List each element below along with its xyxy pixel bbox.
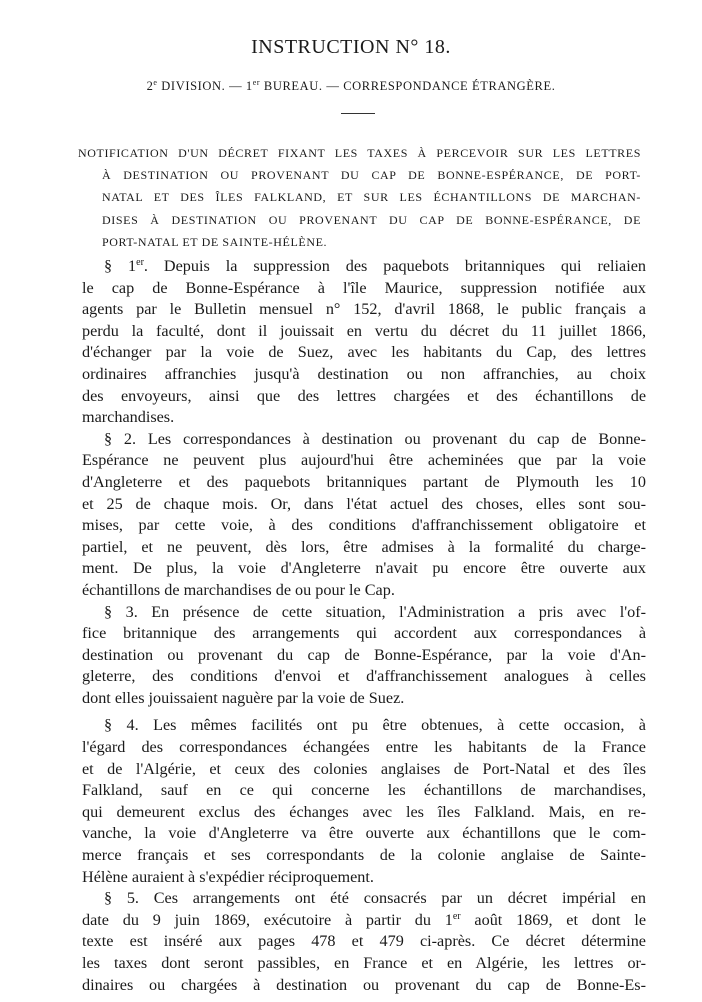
paragraph-5-line: dinaires ou chargées à destination ou pr…	[82, 975, 646, 997]
division-subtitle: 2e DIVISION. — 1er BUREAU. — CORRESPONDA…	[0, 78, 702, 94]
summary-line: DISES À DESTINATION OU PROVENANT DU CAP …	[102, 209, 641, 231]
paragraph-4-line: vanche, la voie d'Angleterre va être ouv…	[82, 823, 646, 845]
paragraph-4-line: et de l'Algérie, et ceux des colonies an…	[82, 759, 646, 781]
subtitle-correspondence-text: BUREAU. — CORRESPONDANCE ÉTRANGÈRE.	[260, 79, 555, 93]
document-body: § 1er. Depuis la suppression des paquebo…	[82, 256, 646, 996]
paragraph-4-line: Hélène auraient à s'expédier réciproquem…	[82, 867, 646, 889]
document-page: INSTRUCTION N° 18. 2e DIVISION. — 1er BU…	[0, 0, 702, 1002]
paragraph-1-line: perdu la faculté, dont il jouissait en v…	[82, 321, 646, 343]
paragraph-2-line: Espérance ne peuvent plus aujourd'hui êt…	[82, 450, 646, 472]
paragraph-4-line: § 4. Les mêmes facilités ont pu être obt…	[82, 715, 646, 737]
paragraph-2-line: mises, par cette voie, à des conditions …	[82, 515, 646, 537]
paragraph-2-line: et 25 de chaque mois. Or, dans l'état ac…	[82, 494, 646, 516]
line-text: . Depuis la suppression des paquebots br…	[144, 257, 646, 275]
paragraph-1-line: marchandises.	[82, 407, 646, 429]
paragraph-4-line: merce français et ses correspondants de …	[82, 845, 646, 867]
section-marker: § 1	[104, 257, 136, 275]
paragraph-3-line: destination ou provenant du cap de Bonne…	[82, 645, 646, 667]
paragraph-1-line: d'échanger par la voie de Suez, avec les…	[82, 342, 646, 364]
paragraph-2-line: échantillons de marchandises de ou pour …	[82, 580, 646, 602]
summary-line: À DESTINATION OU PROVENANT DU CAP DE BON…	[102, 164, 641, 186]
paragraph-3-line: dont elles jouissaient naguère par la vo…	[82, 688, 646, 710]
paragraph-2-line: d'Angleterre et des paquebots britanniqu…	[82, 472, 646, 494]
line-text: août 1869, et dont le	[461, 911, 646, 929]
paragraph-5-line: les taxes dont seront passibles, en Fran…	[82, 953, 646, 975]
paragraph-1-line: le cap de Bonne-Espérance à l'île Mauric…	[82, 278, 646, 300]
summary-line: PORT-NATAL ET DE SAINTE-HÉLÈNE.	[102, 231, 641, 253]
paragraph-4-line: qui demeurent exclus des échanges avec l…	[82, 802, 646, 824]
paragraph-2-line: § 2. Les correspondances à destination o…	[82, 429, 646, 451]
paragraph-1-line: agents par le Bulletin mensuel n° 152, d…	[82, 299, 646, 321]
paragraph-3-line: fice britannique des arrangements qui ac…	[82, 623, 646, 645]
paragraph-2-line: partiel, et ne peuvent, dès lors, être a…	[82, 537, 646, 559]
line-text: date du 9 juin 1869, exécutoire à partir…	[82, 911, 453, 929]
summary-line: NOTIFICATION D'UN DÉCRET FIXANT LES TAXE…	[78, 142, 641, 164]
paragraph-5-line: date du 9 juin 1869, exécutoire à partir…	[82, 910, 646, 932]
summary-heading: NOTIFICATION D'UN DÉCRET FIXANT LES TAXE…	[78, 142, 641, 253]
summary-line: NATAL ET DES ÎLES FALKLAND, ET SUR LES É…	[102, 186, 641, 208]
paragraph-1-line: des envoyeurs, ainsi que des lettres cha…	[82, 386, 646, 408]
subtitle-bureau-text: DIVISION. — 1	[158, 79, 253, 93]
instruction-title: INSTRUCTION N° 18.	[0, 36, 702, 59]
paragraph-4-line: Falkland, sauf en ce qui concerne les éc…	[82, 780, 646, 802]
paragraph-2-line: ment. De plus, la voie d'Angleterre n'av…	[82, 558, 646, 580]
paragraph-1-line: ordinaires affranchies jusqu'à destinati…	[82, 364, 646, 386]
ordinal-sup: er	[453, 911, 461, 922]
paragraph-1-line: § 1er. Depuis la suppression des paquebo…	[82, 256, 646, 278]
paragraph-5-line: texte est inséré aux pages 478 et 479 ci…	[82, 931, 646, 953]
paragraph-5-line: § 5. Ces arrangements ont été consacrés …	[82, 888, 646, 910]
paragraph-3-line: gleterre, des conditions d'envoi et d'af…	[82, 666, 646, 688]
paragraph-4-line: l'égard des correspondances échangées en…	[82, 737, 646, 759]
section-divider	[341, 113, 375, 114]
section-marker-sup: er	[136, 257, 144, 268]
paragraph-3-line: § 3. En présence de cette situation, l'A…	[82, 602, 646, 624]
